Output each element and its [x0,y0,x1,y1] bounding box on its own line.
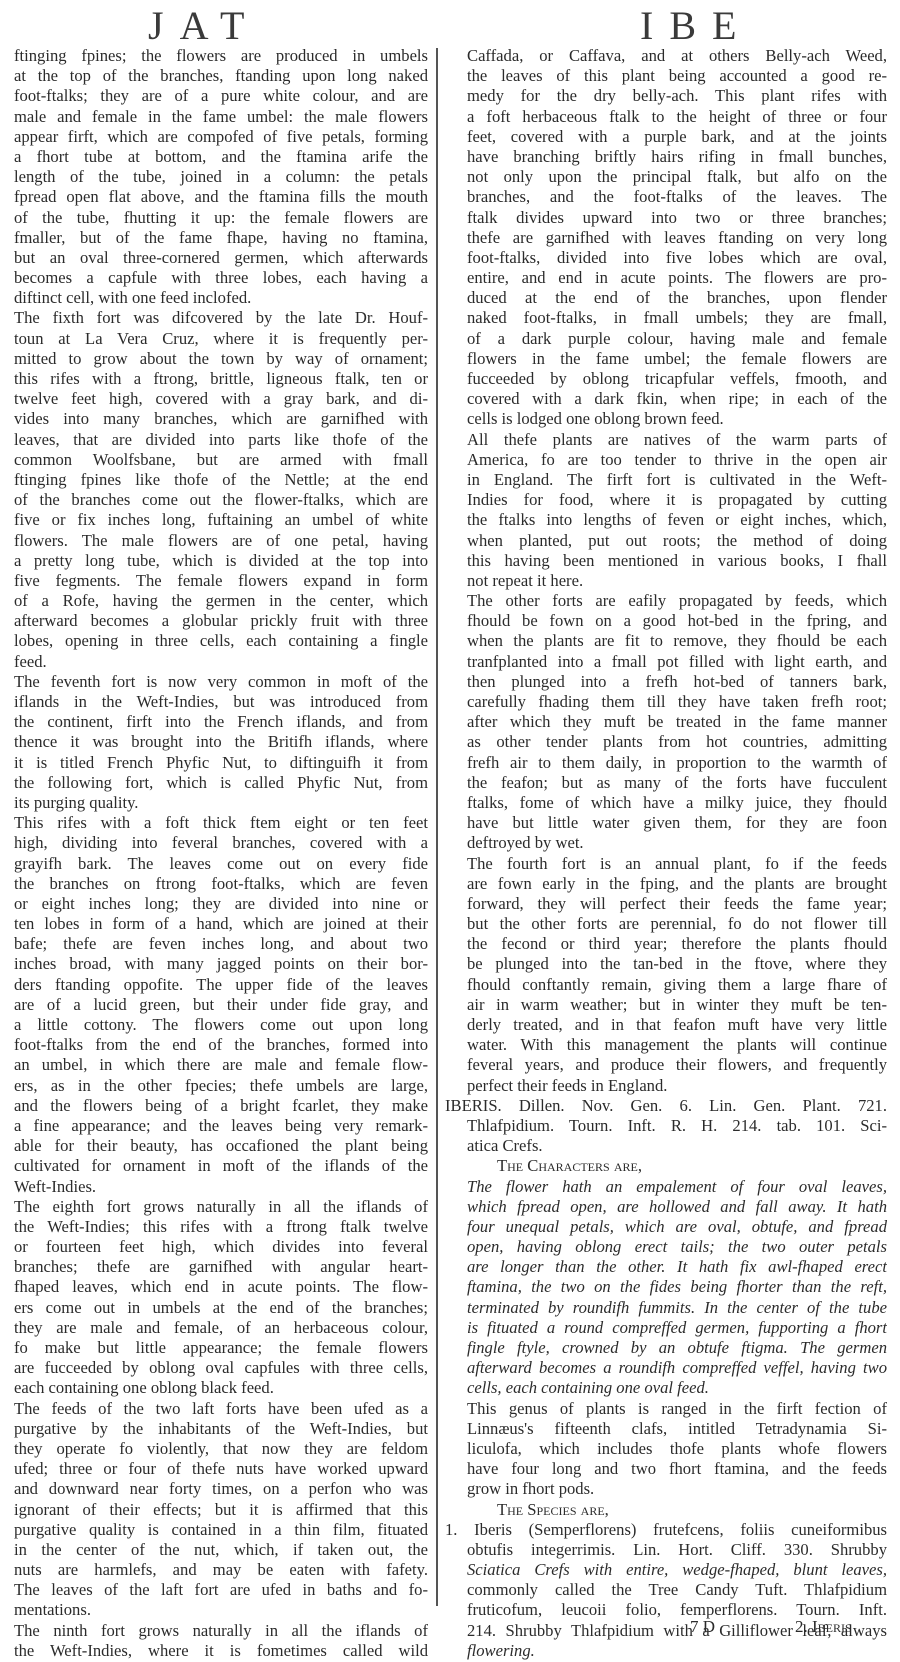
text-line: of the branches come out the flower-ftal… [14,490,428,510]
text-line: ten lobes in form of a hand, which are j… [14,914,428,934]
text-line: is fituated a round compreffed germen, f… [467,1318,887,1338]
text-line: leaves, that are divided into parts like… [14,430,428,450]
text-line: the following fort, which is called Phyf… [14,773,428,793]
text-line: twelve feet high, covered with a gray ba… [14,389,428,409]
text-line: grow in fhort pods. [467,1479,887,1499]
text-line: purgative by the inhabitants of the Weft… [14,1419,428,1439]
text-line: carefully fhading them till they have ta… [467,692,887,712]
text-line: flowers in the fame umbel; the female fl… [467,349,887,369]
text-line: as other tender plants from hot countrie… [467,732,887,752]
text-line: in England. The firft fort is cultivated… [467,470,887,490]
text-line: ftalk divides upward into two or three b… [467,208,887,228]
text-line: The other forts are eafily propagated by… [467,591,887,611]
text-line: frefh air to them daily, in proportion t… [467,753,887,773]
text-line: are fucceeded by oblong oval capfules wi… [14,1358,428,1378]
signature-mark: 7 D [690,1617,715,1637]
catchword: 2. Iberis [795,1617,852,1637]
text-line: afterward becomes a globular prickly fru… [14,611,428,631]
text-line: naked foot-ftalks, in fmall umbels; they… [467,308,887,328]
text-line: length of the tube, joined in a column: … [14,167,428,187]
text-line: afterward becomes a roundifh compreffed … [467,1358,887,1378]
text-line: fpread open flat above, and the ftamina … [14,187,428,207]
text-line: perfect their feeds in England. [467,1076,887,1096]
text-line: The Characters are, [467,1156,887,1176]
text-line: tranfplanted into a fmall pot filled wit… [467,652,887,672]
text-line: flowering. [467,1641,887,1661]
text-line: This genus of plants is ranged in the fi… [467,1399,887,1419]
text-line: nuts are harmlefs, and may be eaten with… [14,1560,428,1580]
text-line: fhould be fown on a good hot-bed in the … [467,611,887,631]
text-line: Sciatica Crefs with entire, wedge-fhaped… [467,1560,887,1580]
text-line: a little cottony. The flowers come out u… [14,1015,428,1035]
text-line: ers, as in the other fpecies; thefe umbe… [14,1076,428,1096]
text-line: its purging quality. [14,793,428,813]
text-line: which fpread open, are hollowed and fall… [467,1197,887,1217]
text-line: each containing one oblong black feed. [14,1378,428,1398]
text-line: fhaped leaves, which end in acute points… [14,1277,428,1297]
text-line: mitted to grow about the town by way of … [14,349,428,369]
text-line: fingle ftyle, crowned by an obtufe ftigm… [467,1338,887,1358]
text-line: Indies for food, where it is propagated … [467,490,887,510]
text-line: at the top of the branches, ftanding upo… [14,66,428,86]
text-line: fucceeded by oblong tricapfular veffels,… [467,369,887,389]
right-column: Caffada, or Caffava, and at others Belly… [467,46,887,1661]
text-line: or fourteen feet high, which divides int… [14,1237,428,1257]
text-line: The ninth fort grows naturally in all th… [14,1621,428,1641]
text-line: when the plants are fit to remove, they … [467,631,887,651]
text-line: are longer than the other. It hath fix a… [467,1257,887,1277]
text-line: a pretty long tube, which is divided at … [14,551,428,571]
text-line: covered with a dark fkin, when ripe; in … [467,389,887,409]
text-line: The eighth fort grows naturally in all t… [14,1197,428,1217]
text-line: liculofa, which includes thofe plants wh… [467,1439,887,1459]
text-line: The Species are, [467,1500,887,1520]
text-line: 1. Iberis (Semperflorens) frutefcens, fo… [445,1520,887,1540]
text-line: The feeds of the two laft forts have bee… [14,1399,428,1419]
text-line: water. With this management the plants w… [467,1035,887,1055]
text-line: cells, each containing one oval feed. [467,1378,887,1398]
text-line: thence it was brought into the Britifh i… [14,732,428,752]
text-line: feveral years, and produce their flowers… [467,1055,887,1075]
text-line: flowers. The male flowers are of one pet… [14,531,428,551]
text-line: of the tube, fhutting it up: the female … [14,208,428,228]
text-line: fmaller, but of the fame fhape, having n… [14,228,428,248]
text-line: medy for the dry belly-ach. This plant r… [467,86,887,106]
text-line: in the center of the nut, which, if take… [14,1540,428,1560]
text-line: deftroyed by wet. [467,833,887,853]
text-line: are of a lucid green, but their under fi… [14,995,428,1015]
text-line: iflands in the Weft-Indies, but was intr… [14,692,428,712]
running-head-left: JAT [148,2,260,49]
text-line: ftalks, fome of which have a milky juice… [467,793,887,813]
text-line: able for their beauty, has occafioned th… [14,1136,428,1156]
text-line: they operate fo violently, that now they… [14,1439,428,1459]
running-head-right: IBE [640,2,752,49]
text-line: ftamina, the two on the fides being fhor… [467,1277,887,1297]
text-line: this rifes with a ftrong, brittle, ligne… [14,369,428,389]
text-line: branches; thefe are garnifhed with angul… [14,1257,428,1277]
text-line: fo make but little appearance; the femal… [14,1338,428,1358]
text-line: bafe; thefe are feven inches long, and a… [14,934,428,954]
text-line: have but little water given them, for th… [467,813,887,833]
text-line: vides into many branches, which are garn… [14,409,428,429]
text-line: foot-ftalks; they are of a pure white co… [14,86,428,106]
text-line: the leaves of this plant being accounted… [467,66,887,86]
text-line: derly treated, and in that feafon muft h… [467,1015,887,1035]
text-line: open, having oblong erect tails; the two… [467,1237,887,1257]
text-line: the ftalks into lengths of feven or eigh… [467,510,887,530]
text-line: This rifes with a foft thick ftem eight … [14,813,428,833]
text-line: branches, and the foot-ftalks of the lea… [467,187,887,207]
left-column: ftinging fpines; the flowers are produce… [14,46,428,1661]
text-line: the continent, firft into the French ifl… [14,712,428,732]
text-line: obtufis integerrimis. Lin. Hort. Cliff. … [467,1540,887,1560]
text-line: have branching briftly hairs rifing in f… [467,147,887,167]
text-line: Thlafpidium. Tourn. Inft. R. H. 214. tab… [467,1116,887,1136]
text-line: ftinging fpines like thofe of the Nettle… [14,470,428,490]
text-line: high, dividing into feveral branches, co… [14,833,428,853]
text-line: appear firft, which are compofed of five… [14,127,428,147]
text-line: it is titled French Phyfic Nut, to difti… [14,753,428,773]
text-line: this having been mentioned in various bo… [467,551,887,571]
text-line: are fown early in the fping, and the pla… [467,874,887,894]
text-line: air in warm weather; but in winter they … [467,995,887,1015]
text-line: entire, and end in acute points. The flo… [467,268,887,288]
text-line: lobes, opening in three cells, each cont… [14,631,428,651]
text-line: terminated by roundifh fummits. In the c… [467,1298,887,1318]
text-line: America, fo are too tender to thrive in … [467,450,887,470]
text-line: when planted, put out roots; the method … [467,531,887,551]
text-line: but the other forts are perennial, fo do… [467,914,887,934]
text-line: ignorant of their effects; but it is aff… [14,1500,428,1520]
text-line: feed. [14,652,428,672]
text-line: becomes a capfule with three lobes, each… [14,268,428,288]
text-line: a fine appearance; and the leaves being … [14,1116,428,1136]
text-line: a foft herbaceous ftalk to the height of… [467,107,887,127]
text-line: the feafon; but as many of the forts hav… [467,773,887,793]
text-line: The leaves of the laft fort are ufed in … [14,1580,428,1600]
text-line: the Weft-Indies, where it is fometimes c… [14,1641,428,1661]
text-line: a fhort tube at bottom, and the ftamina … [14,147,428,167]
text-line: have four long and two fhort ftamina, an… [467,1459,887,1479]
text-line: the Weft-Indies; this rifes with a ftron… [14,1217,428,1237]
text-line: Linnæus's fifteenth clafs, intitled Tetr… [467,1419,887,1439]
text-line: Weft-Indies. [14,1177,428,1197]
text-line: ftinging fpines; the flowers are produce… [14,46,428,66]
text-line: not repeat it here. [467,571,887,591]
text-line: The feventh fort is now very common in m… [14,672,428,692]
text-line: All thefe plants are natives of the warm… [467,430,887,450]
text-line: fhould conftantly remain, giving them a … [467,975,887,995]
text-line: IBERIS. Dillen. Nov. Gen. 6. Lin. Gen. P… [445,1096,887,1116]
column-divider [436,48,438,1606]
text-line: the fecond or third year; therefore the … [467,934,887,954]
text-line: inches broad, with many jagged points on… [14,954,428,974]
text-line: five or fix inches long, fuftaining an u… [14,510,428,530]
text-line: foot-ftalks, divided into five lobes whi… [467,248,887,268]
text-line: forward, they will perfect their feeds t… [467,894,887,914]
text-line: and downward near forty times, on a perf… [14,1479,428,1499]
text-line: then plunged into a frefh hot-bed of tan… [467,672,887,692]
text-line: thefe are garnifhed with leaves ftanding… [467,228,887,248]
text-line: four unequal petals, which are oval, obt… [467,1217,887,1237]
text-line: or eight inches long; they are divided i… [14,894,428,914]
text-line: ders ftanding oppofite. The upper fide o… [14,975,428,995]
text-line: ufed; three or four of thefe nuts have w… [14,1459,428,1479]
text-line: be plunged into the tan-bed in the ftove… [467,954,887,974]
text-line: cultivated for ornament in moft of the i… [14,1156,428,1176]
text-line: The fixth fort was difcovered by the lat… [14,308,428,328]
text-line: cells is lodged one oblong brown feed. [467,409,887,429]
text-line: mentations. [14,1600,428,1620]
text-line: and the flowers being of a bright fcarle… [14,1096,428,1116]
text-line: after which they muft be treated in the … [467,712,887,732]
text-line: diftinct cell, with one feed inclofed. [14,288,428,308]
text-line: of a dark purple colour, having male and… [467,329,887,349]
text-line: five fegments. The female flowers expand… [14,571,428,591]
text-line: Caffada, or Caffava, and at others Belly… [467,46,887,66]
text-line: grayifh bark. The leaves come out on eve… [14,854,428,874]
text-line: duced at the end of the branches, upon f… [467,288,887,308]
text-line: The flower hath an empalement of four ov… [467,1177,887,1197]
text-line: they are male and female, of an herbaceo… [14,1318,428,1338]
text-line: feet, covered with a purple bark, and at… [467,127,887,147]
text-line: atica Crefs. [467,1136,887,1156]
text-line: foot-ftalks from the end of the branches… [14,1035,428,1055]
text-line: purgative quality is contained in a thin… [14,1520,428,1540]
text-line: the branches on ftrong foot-ftalks, whic… [14,874,428,894]
text-line: toun at La Vera Cruz, where it is freque… [14,329,428,349]
text-line: male and female in the fame umbel: the m… [14,107,428,127]
text-line: commonly called the Tree Candy Tuft. Thl… [467,1580,887,1600]
text-line: but an oval three-cornered germen, which… [14,248,428,268]
text-line: of a Rofe, having the germen in the cent… [14,591,428,611]
text-line: an umbel, in which there are male and fe… [14,1055,428,1075]
text-line: ers come out in umbels at the end of the… [14,1298,428,1318]
text-line: common Woolfsbane, but are armed with fm… [14,450,428,470]
text-line: not only upon the principal ftalk, but a… [467,167,887,187]
text-line: The fourth fort is an annual plant, fo i… [467,854,887,874]
